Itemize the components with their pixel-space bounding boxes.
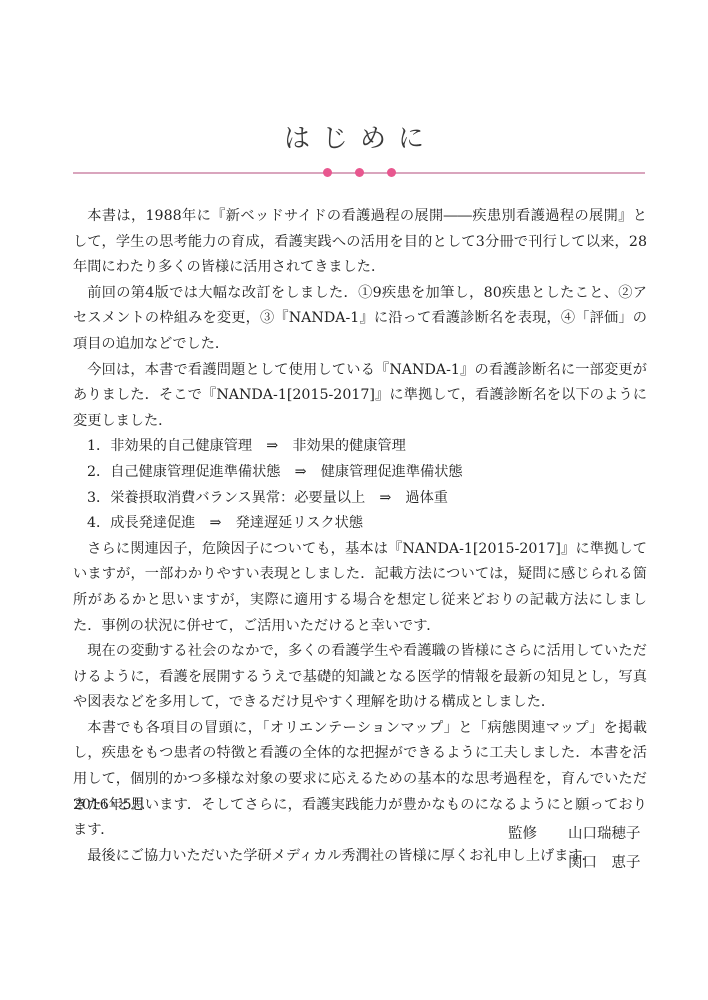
list-item: 4．成長発達促進 ⇒ 発達遅延リスク状態 [73, 511, 647, 537]
date: 2016年5月 [73, 794, 146, 814]
paragraph: 最後にご協力いただいた学研メディカル秀潤社の皆様に厚くお礼申し上げます． [73, 844, 647, 870]
list-item: 2．自己健康管理促進準備状態 ⇒ 健康管理促進準備状態 [73, 460, 647, 486]
divider-dot-icon [387, 168, 396, 177]
editor-name: 山口瑞穂子 [568, 822, 641, 843]
paragraph: 現在の変動する社会のなかで，多くの看護学生や看護職の皆様にさらに活用していただけ… [73, 639, 647, 716]
list-item: 1．非効果的自己健康管理 ⇒ 非効果的健康管理 [73, 434, 647, 460]
editor-role: 監修 [508, 822, 537, 843]
divider-dot-icon [355, 168, 364, 177]
preface-body: 本書は，1988年に『新ベッドサイドの看護過程の展開――疾患別看護過程の展開』と… [73, 204, 647, 869]
paragraph: 本書は，1988年に『新ベッドサイドの看護過程の展開――疾患別看護過程の展開』と… [73, 204, 647, 281]
divider-dot-icon [323, 168, 332, 177]
list-item: 3．栄養摂取消費バランス異常：必要量以上 ⇒ 過体重 [73, 486, 647, 512]
paragraph: 本書でも各項目の冒頭に，「オリエンテーションマップ」と「病態関連マップ」を掲載し… [73, 716, 647, 844]
paragraph: 前回の第4版では大幅な改訂をしました．①9疾患を加筆し，80疾患としたこと、②ア… [73, 281, 647, 358]
paragraph: さらに関連因子，危険因子についても，基本は『NANDA-1[2015-2017]… [73, 537, 647, 639]
page-title: はじめに [0, 118, 708, 155]
editor-name: 関口 恵子 [568, 851, 641, 872]
diagnosis-change-list: 1．非効果的自己健康管理 ⇒ 非効果的健康管理 2．自己健康管理促進準備状態 ⇒… [73, 434, 647, 536]
paragraph: 今回は，本書で看護問題として使用している『NANDA-1』の看護診断名に一部変更… [73, 358, 647, 435]
